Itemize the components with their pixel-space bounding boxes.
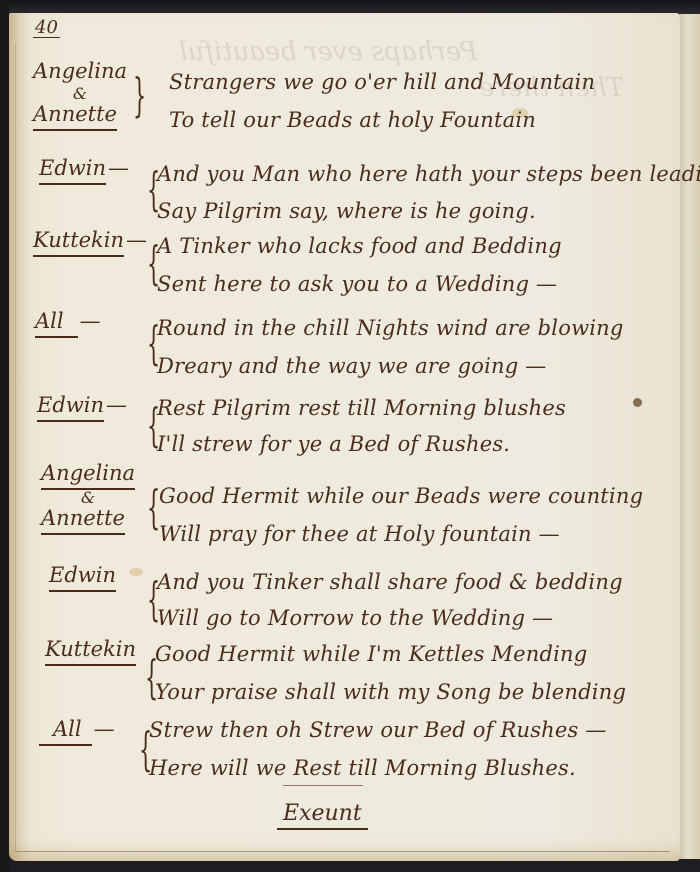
scanner-frame-top <box>0 0 700 14</box>
verse-line: Round in the chill Nights wind are blowi… <box>157 315 624 341</box>
verse-line: Here will we Rest till Morning Blushes. <box>149 755 576 781</box>
show-through-text: Perhaps ever beautiful <box>179 37 478 67</box>
speaker-label: Angelina & Annette <box>33 59 127 131</box>
verse-line: Will pray for thee at Holy fountain — <box>159 521 560 547</box>
verse-line: And you Tinker shall share food & beddin… <box>157 569 623 595</box>
verse-line: Strew then oh Strew our Bed of Rushes — <box>149 717 607 743</box>
scanner-frame-left <box>0 0 9 872</box>
verse-line: Rest Pilgrim rest till Morning blushes <box>157 395 566 421</box>
speaker-label: Edwin— <box>37 393 127 422</box>
paper-stain <box>129 568 143 576</box>
verse-line: And you Man who here hath your steps bee… <box>157 161 700 187</box>
page-number: 40 <box>33 19 60 38</box>
speaker-label: Angelina & Annette <box>41 461 135 535</box>
speaker-label: Kuttekin <box>45 637 136 666</box>
stage-direction: Exeunt <box>277 801 368 830</box>
verse-line: Say Pilgrim say, where is he going. <box>157 198 536 224</box>
speaker-label: Edwin <box>49 563 116 592</box>
speaker-label: Kuttekin— <box>33 228 147 257</box>
adjacent-page-edge <box>679 14 700 859</box>
verse-line: I'll strew for ye a Bed of Rushes. <box>157 431 510 457</box>
manuscript-page: Perhaps ever beautiful Then there 40 Ang… <box>9 13 680 861</box>
verse-line: Dreary and the way we are going — <box>157 353 546 379</box>
verse-line: To tell our Beads at holy Fountain <box>169 107 536 133</box>
speaker-label: All— <box>39 717 115 746</box>
brace-icon: } <box>133 71 146 119</box>
verse-line: Sent here to ask you to a Wedding — <box>157 271 557 297</box>
ink-blot <box>633 398 642 407</box>
speaker-label: Edwin— <box>39 156 129 185</box>
verse-line: Your praise shall with my Song be blendi… <box>155 679 626 705</box>
speaker-label: All— <box>35 309 101 338</box>
verse-line: Strangers we go o'er hill and Mountain <box>169 69 595 95</box>
divider-rule <box>283 785 363 786</box>
verse-line: Good Hermit while I'm Kettles Mending <box>155 641 587 667</box>
verse-line: A Tinker who lacks food and Bedding <box>157 233 562 259</box>
verse-line: Good Hermit while our Beads were countin… <box>159 483 643 509</box>
verse-line: Will go to Morrow to the Wedding — <box>157 605 553 631</box>
